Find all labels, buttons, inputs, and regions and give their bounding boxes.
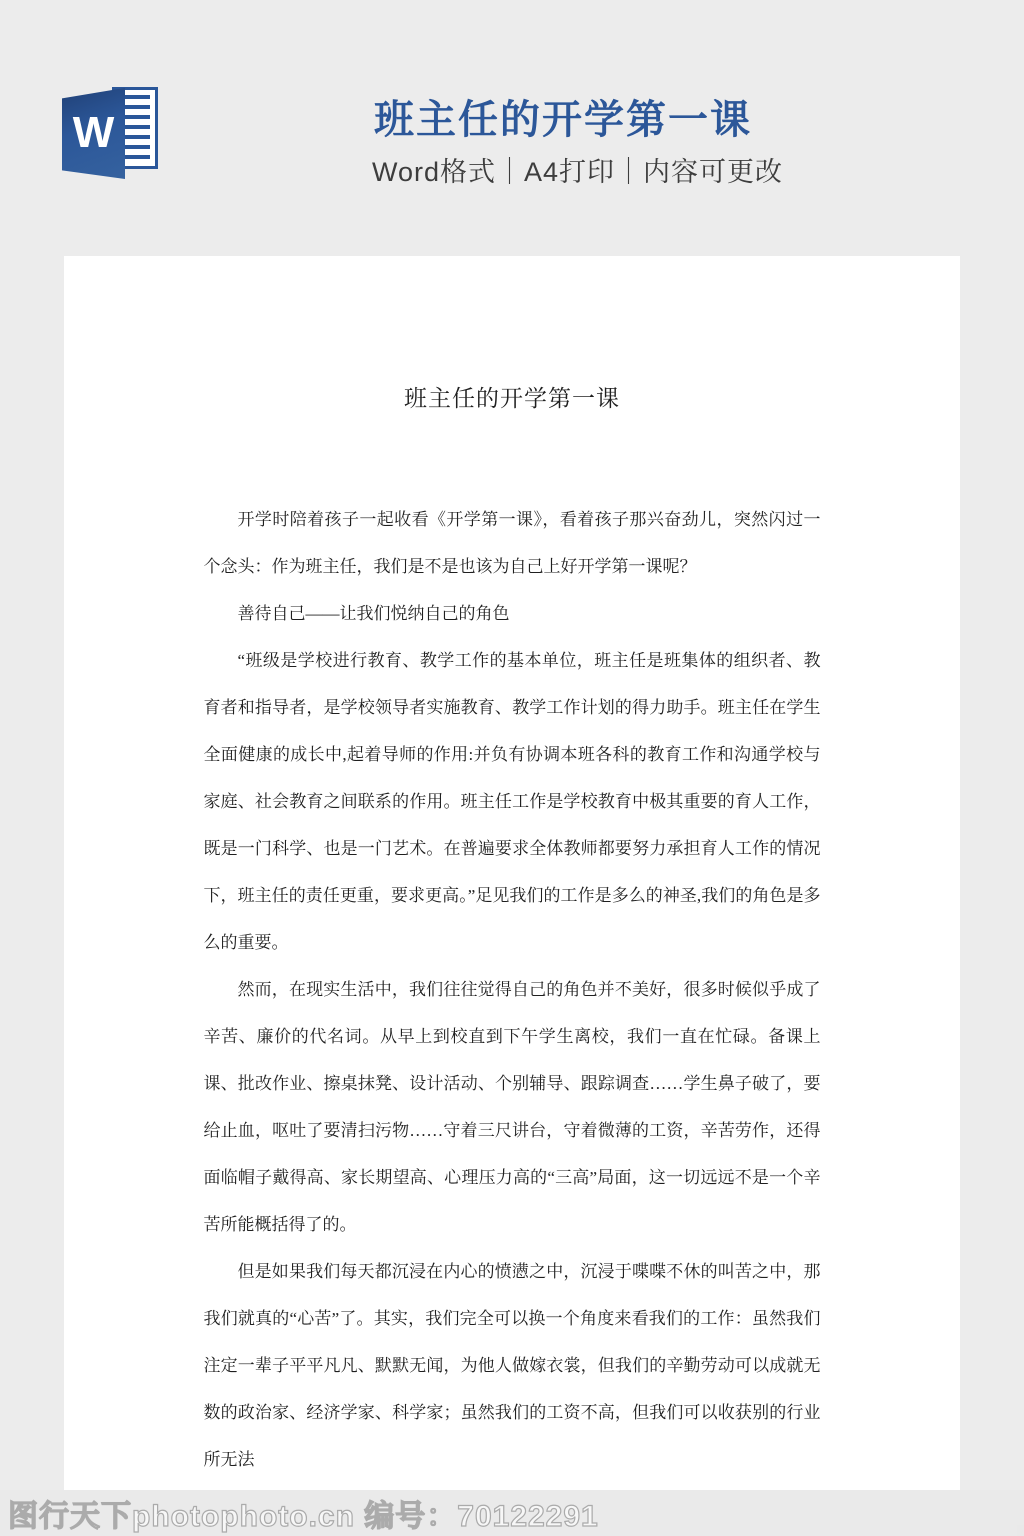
document-page: 班主任的开学第一课 开学时陪着孩子一起收看《开学第一课》，看着孩子那兴奋劲儿，突…	[64, 256, 960, 1526]
document-paragraph: 开学时陪着孩子一起收看《开学第一课》，看着孩子那兴奋劲儿，突然闪过一个念头：作为…	[204, 496, 821, 590]
document-paragraphs: 开学时陪着孩子一起收看《开学第一课》，看着孩子那兴奋劲儿，突然闪过一个念头：作为…	[204, 496, 821, 1483]
document-paragraph: 但是如果我们每天都沉浸在内心的愤懑之中，沉浸于喋喋不休的叫苦之中，那我们就真的“…	[204, 1248, 821, 1483]
document-title: 班主任的开学第一课	[64, 376, 960, 422]
word-logo-letter: W	[73, 108, 115, 158]
document-paragraph: “班级是学校进行教育、教学工作的基本单位，班主任是班集体的组织者、教育者和指导者…	[204, 637, 821, 966]
watermark-text: 图行天下photophoto.cn 编号：70122291	[8, 1491, 599, 1535]
document-paragraph: 善待自己——让我们悦纳自己的角色	[204, 590, 821, 637]
word-logo-icon: W	[62, 84, 158, 180]
header-title: 班主任的开学第一课	[374, 88, 752, 145]
watermark-bar: 图行天下photophoto.cn 编号：70122291	[0, 1490, 1024, 1536]
header-subtitle: Word格式｜A4打印｜内容可更改	[372, 150, 783, 189]
document-paragraph: 然而，在现实生活中，我们往往觉得自己的角色并不美好，很多时候似乎成了辛苦、廉价的…	[204, 966, 821, 1248]
word-logo-front-panel: W	[62, 84, 125, 180]
